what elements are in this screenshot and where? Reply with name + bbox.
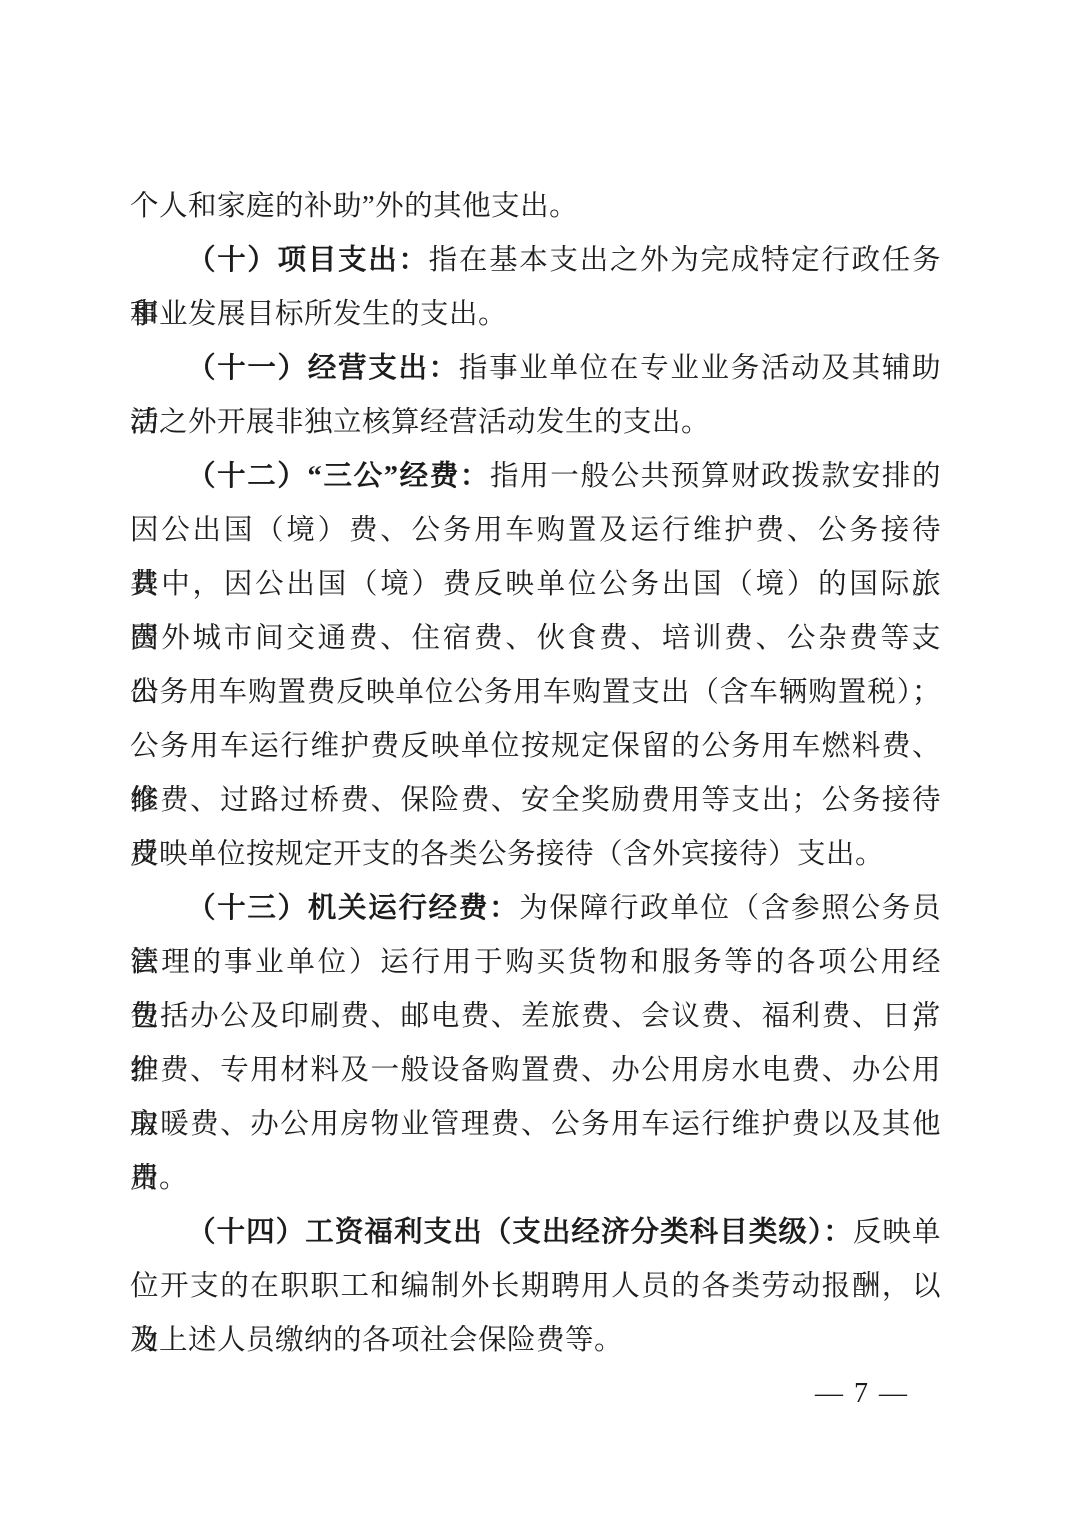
text-line: 个人和家庭的补助”外的其他支出。 [130,180,941,234]
section-heading: （十二）“三公”经费： [187,461,490,492]
text-segment: 反映单位按规定开支的各类公务接待（含外宾接待）支出。 [130,839,884,870]
section-heading: （十）项目支出： [187,245,429,276]
text-line: 其中，因公出国（境）费反映单位公务出国（境）的国际旅费、 [130,558,941,612]
text-line: 国外城市间交通费、住宿费、伙食费、培训费、公杂费等支出； [130,612,941,666]
text-line: （十三）机关运行经费：为保障行政单位（含参照公务员法 [130,882,941,936]
text-segment: 公务用车购置费反映单位公务用车购置支出（含车辆购置税）； [130,677,941,708]
text-line: （十）项目支出：指在基本支出之外为完成特定行政任务和 [130,234,941,288]
section-heading: （十三）机关运行经费： [187,893,519,924]
section-heading: （十一）经营支出： [187,353,459,384]
text-line: 为上述人员缴纳的各项社会保险费等。 [130,1314,941,1368]
text-line: 包括办公及印刷费、邮电费、差旅费、会议费、福利费、日常维 [130,990,941,1044]
text-line: 公务用车购置费反映单位公务用车购置支出（含车辆购置税）； [130,666,941,720]
text-line: 护费、专用材料及一般设备购置费、办公用房水电费、办公用房 [130,1044,941,1098]
text-segment: 反映单 [853,1217,941,1248]
text-line: 事业发展目标所发生的支出。 [130,288,941,342]
text-line: （十四）工资福利支出（支出经济分类科目类级）：反映单 [130,1206,941,1260]
text-line: 位开支的在职职工和编制外长期聘用人员的各类劳动报酬，以及 [130,1260,941,1314]
text-line: （十二）“三公”经费：指用一般公共预算财政拨款安排的 [130,450,941,504]
text-segment: 个人和家庭的补助”外的其他支出。 [130,191,578,222]
text-line: 修费、过路过桥费、保险费、安全奖励费用等支出；公务接待费 [130,774,941,828]
text-segment: 指用一般公共预算财政拨款安排的 [490,461,941,492]
text-line: 取暖费、办公用房物业管理费、公务用车运行维护费以及其他费 [130,1098,941,1152]
document-page: 个人和家庭的补助”外的其他支出。（十）项目支出：指在基本支出之外为完成特定行政任… [0,0,1069,1515]
text-segment: 动之外开展非独立核算经营活动发生的支出。 [130,407,710,438]
document-text: 个人和家庭的补助”外的其他支出。（十）项目支出：指在基本支出之外为完成特定行政任… [130,180,941,1368]
text-line: 公务用车运行维护费反映单位按规定保留的公务用车燃料费、维 [130,720,941,774]
text-segment: 为上述人员缴纳的各项社会保险费等。 [130,1325,623,1356]
text-segment: 事业发展目标所发生的支出。 [130,299,507,330]
text-line: （十一）经营支出：指事业单位在专业业务活动及其辅助活 [130,342,941,396]
text-segment: 用。 [130,1163,188,1194]
section-heading: （十四）工资福利支出（支出经济分类科目类级）： [187,1217,853,1248]
text-line: 用。 [130,1152,941,1206]
text-line: 管理的事业单位）运行用于购买货物和服务等的各项公用经费， [130,936,941,990]
text-line: 反映单位按规定开支的各类公务接待（含外宾接待）支出。 [130,828,941,882]
text-line: 动之外开展非独立核算经营活动发生的支出。 [130,396,941,450]
page-number: — 7 — [812,1372,912,1416]
text-line: 因公出国（境）费、公务用车购置及运行维护费、公务接待费。 [130,504,941,558]
